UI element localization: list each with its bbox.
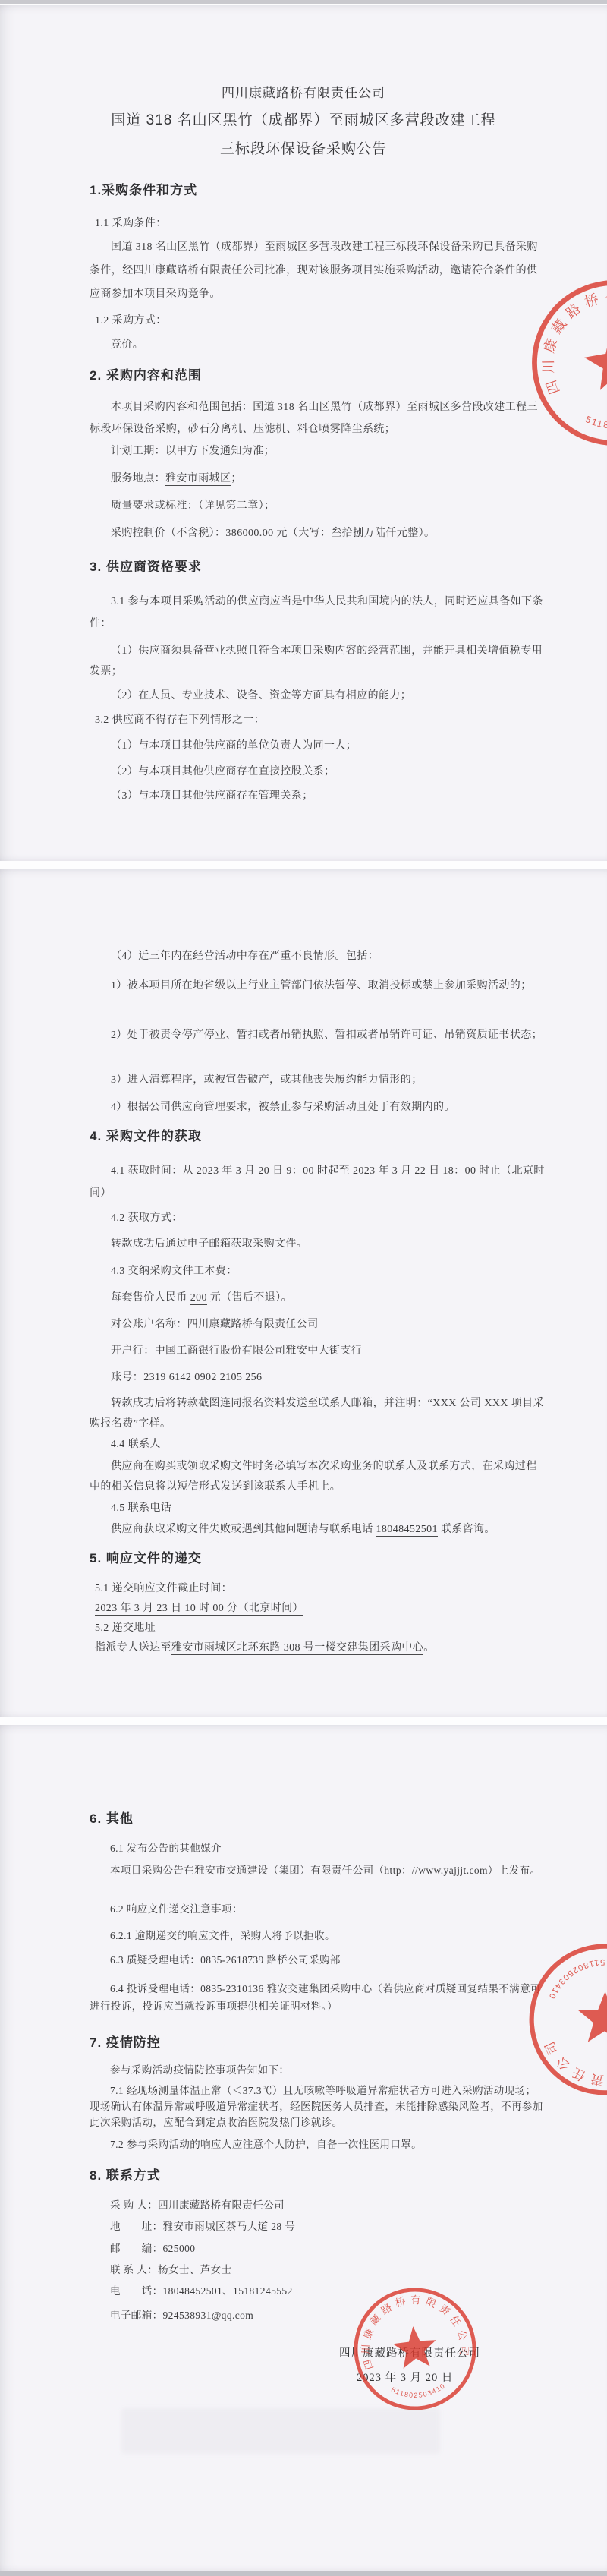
clause-5-1-label: 5.1 递交响应文件截止时间：: [90, 1579, 546, 1598]
contact-purchaser-row: 采 购 人：四川康藏路桥有限责任公司: [90, 2196, 546, 2214]
text-segment: 元（售后不退）。: [207, 1292, 292, 1304]
clause-1-1-text: 国道 318 名山区黑竹（成都界）至雨城区多营段改建工程三标段环保设备采购已具备…: [90, 235, 546, 306]
clause-4-3-label: 4.3 交纳采购文件工本费：: [90, 1262, 546, 1281]
text-segment: 联系咨询。: [438, 1524, 495, 1535]
clause-1-1-label: 1.1 采购条件：: [90, 214, 546, 233]
bad-record-item-1: 1）被本项目所在地省级以上行业主管部门依法暂停、取消投标或禁止参加采购活动的；: [90, 974, 546, 998]
scan-smudge: [121, 2408, 440, 2454]
remit-note-text: 转款成功后将转款截图连同报名资料发送至联系人邮箱，并注明：“XXX 公司 XXX…: [90, 1393, 546, 1434]
clause-1-2-label: 1.2 采购方式：: [90, 311, 546, 330]
scan-bottom-edge: [0, 2571, 607, 2576]
text-segment: 雅安市雨城区北环东路 308 号一楼交建集团采购中心: [171, 1642, 423, 1655]
contact-person-row: 联 系 人：杨女士、芦女士: [90, 2261, 546, 2278]
clause-7-1-text: 7.1 经现场测量体温正常（＜37.3℃）且无咳嗽等呼吸道异常症状者方可进入采购…: [90, 2083, 546, 2130]
text-segment: 200: [190, 1292, 207, 1305]
text-segment: 20: [258, 1165, 269, 1178]
scanned-procurement-notice: { "doc": { "title1": "四川康藏路桥有限责任公司", "ti…: [0, 0, 607, 2576]
doc-title-line-2: 国道 318 名山区黑竹（成都界）至雨城区多营段改建工程: [0, 111, 607, 130]
clause-6-2-label: 6.2 响应文件递交注意事项：: [90, 1900, 546, 1918]
bad-record-item-4: 4）根据公司供应商管理要求，被禁止参与采购活动且处于有效期内的。: [90, 1098, 546, 1117]
star-icon: [392, 2325, 439, 2369]
clause-4-4-text: 供应商在购买或领取采购文件时务必填写本次采购业务的联系人及联系方式，在采购过程中…: [90, 1456, 546, 1497]
clause-3-2-item-3: （3）与本项目其他供应商存在管理关系；: [90, 787, 546, 806]
clause-1-2-text: 竞价。: [90, 336, 546, 355]
clause-6-3-text: 6.3 质疑受理电话：0835-2618739 路桥公司采购部: [90, 1951, 546, 1969]
clause-5-2-label: 5.2 递交地址: [90, 1619, 546, 1638]
clause-3-1-text: 3.1 参与本项目采购活动的供应商应当是中华人民共和国境内的法人，同时还应具备如…: [90, 591, 546, 635]
quality-standard-text: 质量要求或标准：（详见第二章）；: [90, 497, 546, 516]
doc-title-line-1: 四川康藏路桥有限责任公司: [0, 84, 607, 102]
contact-phone-row: 电 话：18048452501、15181245552: [90, 2282, 546, 2300]
clause-6-1-text: 本项目采购公告在雅安市交通建设（集团）有限责任公司（http：//www.yaj…: [90, 1862, 546, 1878]
bad-record-item-2: 2）处于被责令停产停业、暂扣或者吊销执照、暂扣或者吊销许可证、吊销资质证书状态；: [90, 1023, 546, 1047]
account-number-text: 账号：2319 6142 0902 2105 256: [90, 1368, 546, 1387]
clause-3-2-label: 3.2 供应商不得存在下列情形之一：: [90, 711, 546, 730]
clause-3-2-item-1: （1）与本项目其他供应商的单位负责人为同一人；: [90, 736, 546, 755]
clause-3-2-item-2: （2）与本项目其他供应商存在直接控股关系；: [90, 762, 546, 781]
text-segment: 年: [376, 1165, 392, 1177]
text-segment: 3: [236, 1165, 241, 1178]
clause-3-1-item-1: （1）供应商须具备营业执照且符合本项目采购内容的经营范围，并能开具相关增值税专用…: [90, 641, 546, 682]
text-segment: [285, 2199, 302, 2212]
page-1: 四川康藏路桥有限责任公司 国道 318 名山区黑竹（成都界）至雨城区多营段改建工…: [0, 5, 607, 861]
text-segment: 雅安市雨城区: [165, 473, 231, 486]
text-segment: ；: [231, 473, 241, 484]
clause-4-4-label: 4.4 联系人: [90, 1435, 546, 1454]
scope-text: 本项目采购内容和范围包括：国道 318 名山区黑竹（成都界）至雨城区多营段改建工…: [90, 396, 546, 440]
section-1-heading: 1.采购条件和方式: [90, 181, 546, 200]
contact-address-row: 地 址：雅安市雨城区茶马大道 28 号: [90, 2218, 546, 2235]
section-5-heading: 5. 响应文件的递交: [90, 1549, 546, 1568]
clause-6-4-text: 6.4 投诉受理电话：0835-2310136 雅安交建集团采购中心（若供应商对…: [90, 1980, 546, 2015]
clause-6-1-label: 6.1 发布公告的其他媒介: [90, 1840, 546, 1857]
bank-text: 开户行：中国工商银行股份有限公司雅安中大街支行: [90, 1342, 546, 1361]
text-segment: 2023 年 3 月 23 日 10 时 00 分（北京时间）: [95, 1603, 303, 1616]
section-8-heading: 8. 联系方式: [90, 2166, 546, 2185]
page-2: （4）近三年内在经营活动中存在严重不良情形。包括： 1）被本项目所在地省级以上行…: [0, 869, 607, 1717]
clause-4-5-text: 供应商获取采购文件失败或遇到其他问题请与联系电话 18048452501 联系咨…: [90, 1520, 546, 1539]
bad-record-item-3: 3）进入清算程序，或被宣告破产，或其他丧失履约能力情形的；: [90, 1070, 546, 1089]
text-segment: 服务地点：: [111, 473, 165, 484]
clause-4-2-text: 转款成功后通过电子邮箱获取采购文件。: [90, 1234, 546, 1253]
text-segment: 2023: [197, 1165, 219, 1178]
text-segment: 指派专人送达至: [95, 1642, 171, 1654]
text-segment: 每套售价人民币: [111, 1292, 190, 1304]
star-icon: [581, 328, 607, 391]
schedule-text: 计划工期：以甲方下发通知为准；: [90, 442, 546, 461]
text-segment: 月: [398, 1165, 414, 1177]
page-3: 6. 其他 6.1 发布公告的其他媒介 本项目采购公告在雅安市交通建设（集团）有…: [0, 1725, 607, 2571]
contact-email-row: 电子邮箱：924538931@qq.com: [90, 2306, 546, 2324]
doc-fee-text: 每套售价人民币 200 元（售后不退）。: [90, 1288, 546, 1307]
text-segment: 4.1 获取时间：从: [111, 1165, 197, 1177]
deadline-text: 2023 年 3 月 23 日 10 时 00 分（北京时间）: [90, 1599, 546, 1618]
text-segment: 22: [414, 1165, 426, 1178]
star-icon: [570, 1985, 607, 2057]
clause-6-2-1-text: 6.2.1 逾期递交的响应文件，采购人将予以拒收。: [90, 1927, 546, 1944]
text-segment: 。: [423, 1642, 434, 1654]
account-name-text: 对公账户名称：四川康藏路桥有限责任公司: [90, 1315, 546, 1334]
section-4-heading: 4. 采购文件的获取: [90, 1127, 546, 1146]
clause-3-2-item-4: （4）近三年内在经营活动中存在严重不良情形。包括：: [90, 947, 546, 966]
section-2-heading: 2. 采购内容和范围: [90, 366, 546, 385]
clause-7-2-text: 7.2 参与采购活动的响应人应注意个人防护，自备一次性医用口罩。: [90, 2136, 546, 2153]
control-price-text: 采购控制价（不含税）：386000.00 元（大写：叁拾捌万陆仟元整）。: [90, 524, 546, 543]
text-segment: 日 9：00 时起至: [269, 1165, 353, 1177]
company-seal-stamp-signature: 四川康藏路桥有限责任公司 5118025034105: [345, 2279, 485, 2419]
text-segment: 18048452501: [376, 1524, 438, 1537]
clause-4-2-label: 4.2 获取方式：: [90, 1209, 546, 1228]
clause-4-1-text: 4.1 获取时间：从 2023 年 3 月 20 日 9：00 时起至 2023…: [90, 1160, 546, 1204]
clause-3-1-item-2: （2）在人员、专业技术、设备、资金等方面具有相应的能力；: [90, 686, 546, 705]
section-6-heading: 6. 其他: [90, 1809, 546, 1828]
text-segment: 2023: [353, 1165, 376, 1178]
scan-top-edge: [0, 0, 607, 4]
clause-4-5-label: 4.5 联系电话: [90, 1499, 546, 1518]
section-3-heading: 3. 供应商资格要求: [90, 557, 546, 576]
text-segment: 年: [219, 1165, 236, 1177]
text-segment: 供应商获取采购文件失败或遇到其他问题请与联系电话: [111, 1524, 376, 1535]
section-7-heading: 7. 疫情防控: [90, 2033, 546, 2052]
service-location-text: 服务地点：雅安市雨城区；: [90, 469, 546, 488]
doc-title-line-3: 三标段环保设备采购公告: [0, 140, 607, 159]
text-segment: 采 购 人：四川康藏路桥有限责任公司: [110, 2199, 285, 2211]
delivery-address-text: 指派专人送达至雅安市雨城区北环东路 308 号一楼交建集团采购中心。: [90, 1638, 546, 1657]
seal-graphic: 四川康藏路桥有限责任公司 5118025034105: [345, 2279, 485, 2419]
contact-zip-row: 邮 编：625000: [90, 2240, 546, 2257]
text-segment: 月: [241, 1165, 258, 1177]
epidemic-intro-text: 参与采购活动疫情防控事项告知如下：: [90, 2061, 546, 2079]
